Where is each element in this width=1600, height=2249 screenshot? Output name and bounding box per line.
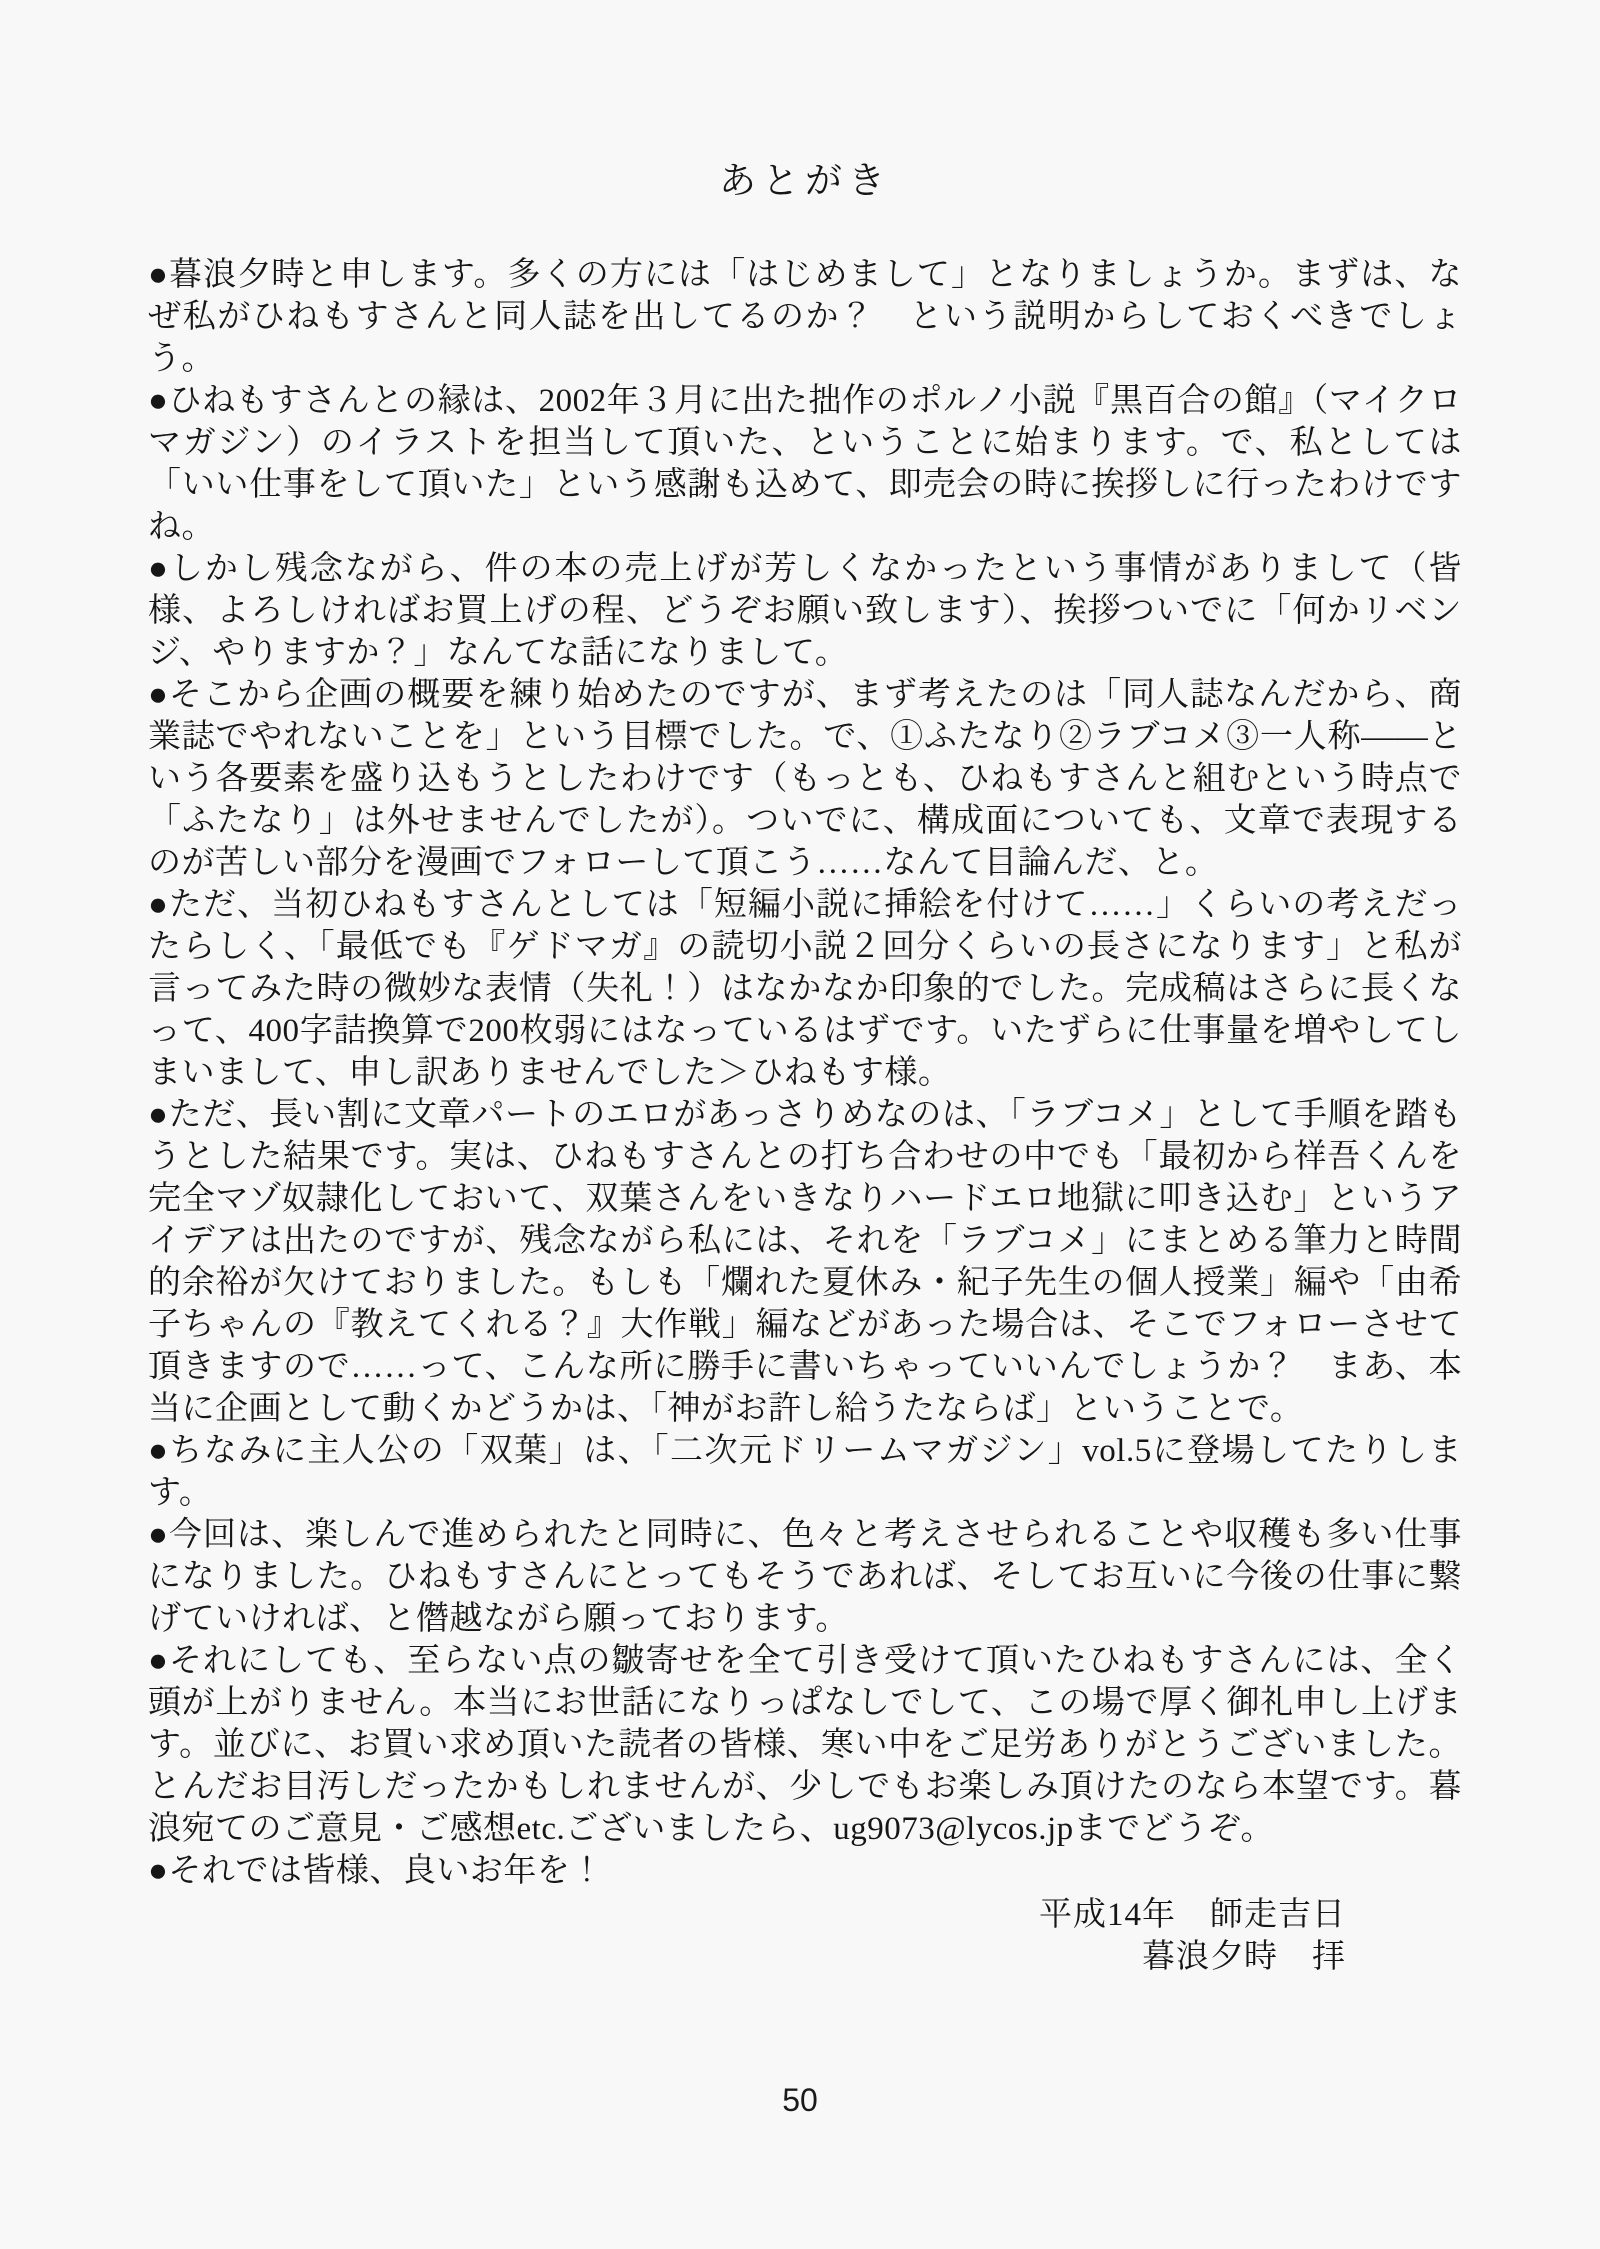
text-block: あとがき ●暮浪夕時と申します。多くの方には「はじめまして」となりましょうか。ま… (148, 160, 1462, 1978)
afterword-paragraph: ●それでは皆様、良いお年を！ (148, 1850, 1462, 1892)
afterword-paragraph: ●それにしても、至らない点の皺寄せを全て引き受けて頂いたひねもすさんには、全く頭… (148, 1640, 1462, 1850)
signature-name: 暮浪夕時 拝 (148, 1936, 1346, 1978)
afterword-paragraph: ●しかし残念ながら、件の本の売上げが芳しくなかったという事情がありまして（皆様、… (148, 548, 1462, 674)
afterword-body: ●暮浪夕時と申します。多くの方には「はじめまして」となりましょうか。まずは、なぜ… (148, 254, 1462, 1892)
afterword-paragraph: ●今回は、楽しんで進められたと同時に、色々と考えさせられることや収穫も多い仕事に… (148, 1514, 1462, 1640)
afterword-page: あとがき ●暮浪夕時と申します。多くの方には「はじめまして」となりましょうか。ま… (0, 0, 1600, 2249)
signature-date: 平成14年 師走吉日 (148, 1894, 1346, 1936)
afterword-paragraph: ●ただ、長い割に文章パートのエロがあっさりめなのは、「ラブコメ」として手順を踏も… (148, 1094, 1462, 1430)
afterword-paragraph: ●ただ、当初ひねもすさんとしては「短編小説に挿絵を付けて……」くらいの考えだった… (148, 884, 1462, 1094)
afterword-paragraph: ●ひねもすさんとの縁は、2002年３月に出た拙作のポルノ小説『黒百合の館』（マイ… (148, 380, 1462, 548)
page-number: 50 (0, 2082, 1600, 2119)
afterword-paragraph: ●暮浪夕時と申します。多くの方には「はじめまして」となりましょうか。まずは、なぜ… (148, 254, 1462, 380)
afterword-paragraph: ●そこから企画の概要を練り始めたのですが、まず考えたのは「同人誌なんだから、商業… (148, 674, 1462, 884)
signature-block: 平成14年 師走吉日 暮浪夕時 拝 (148, 1894, 1462, 1978)
afterword-paragraph: ●ちなみに主人公の「双葉」は、「二次元ドリームマガジン」vol.5に登場してたり… (148, 1430, 1462, 1514)
page-title: あとがき (148, 160, 1462, 204)
